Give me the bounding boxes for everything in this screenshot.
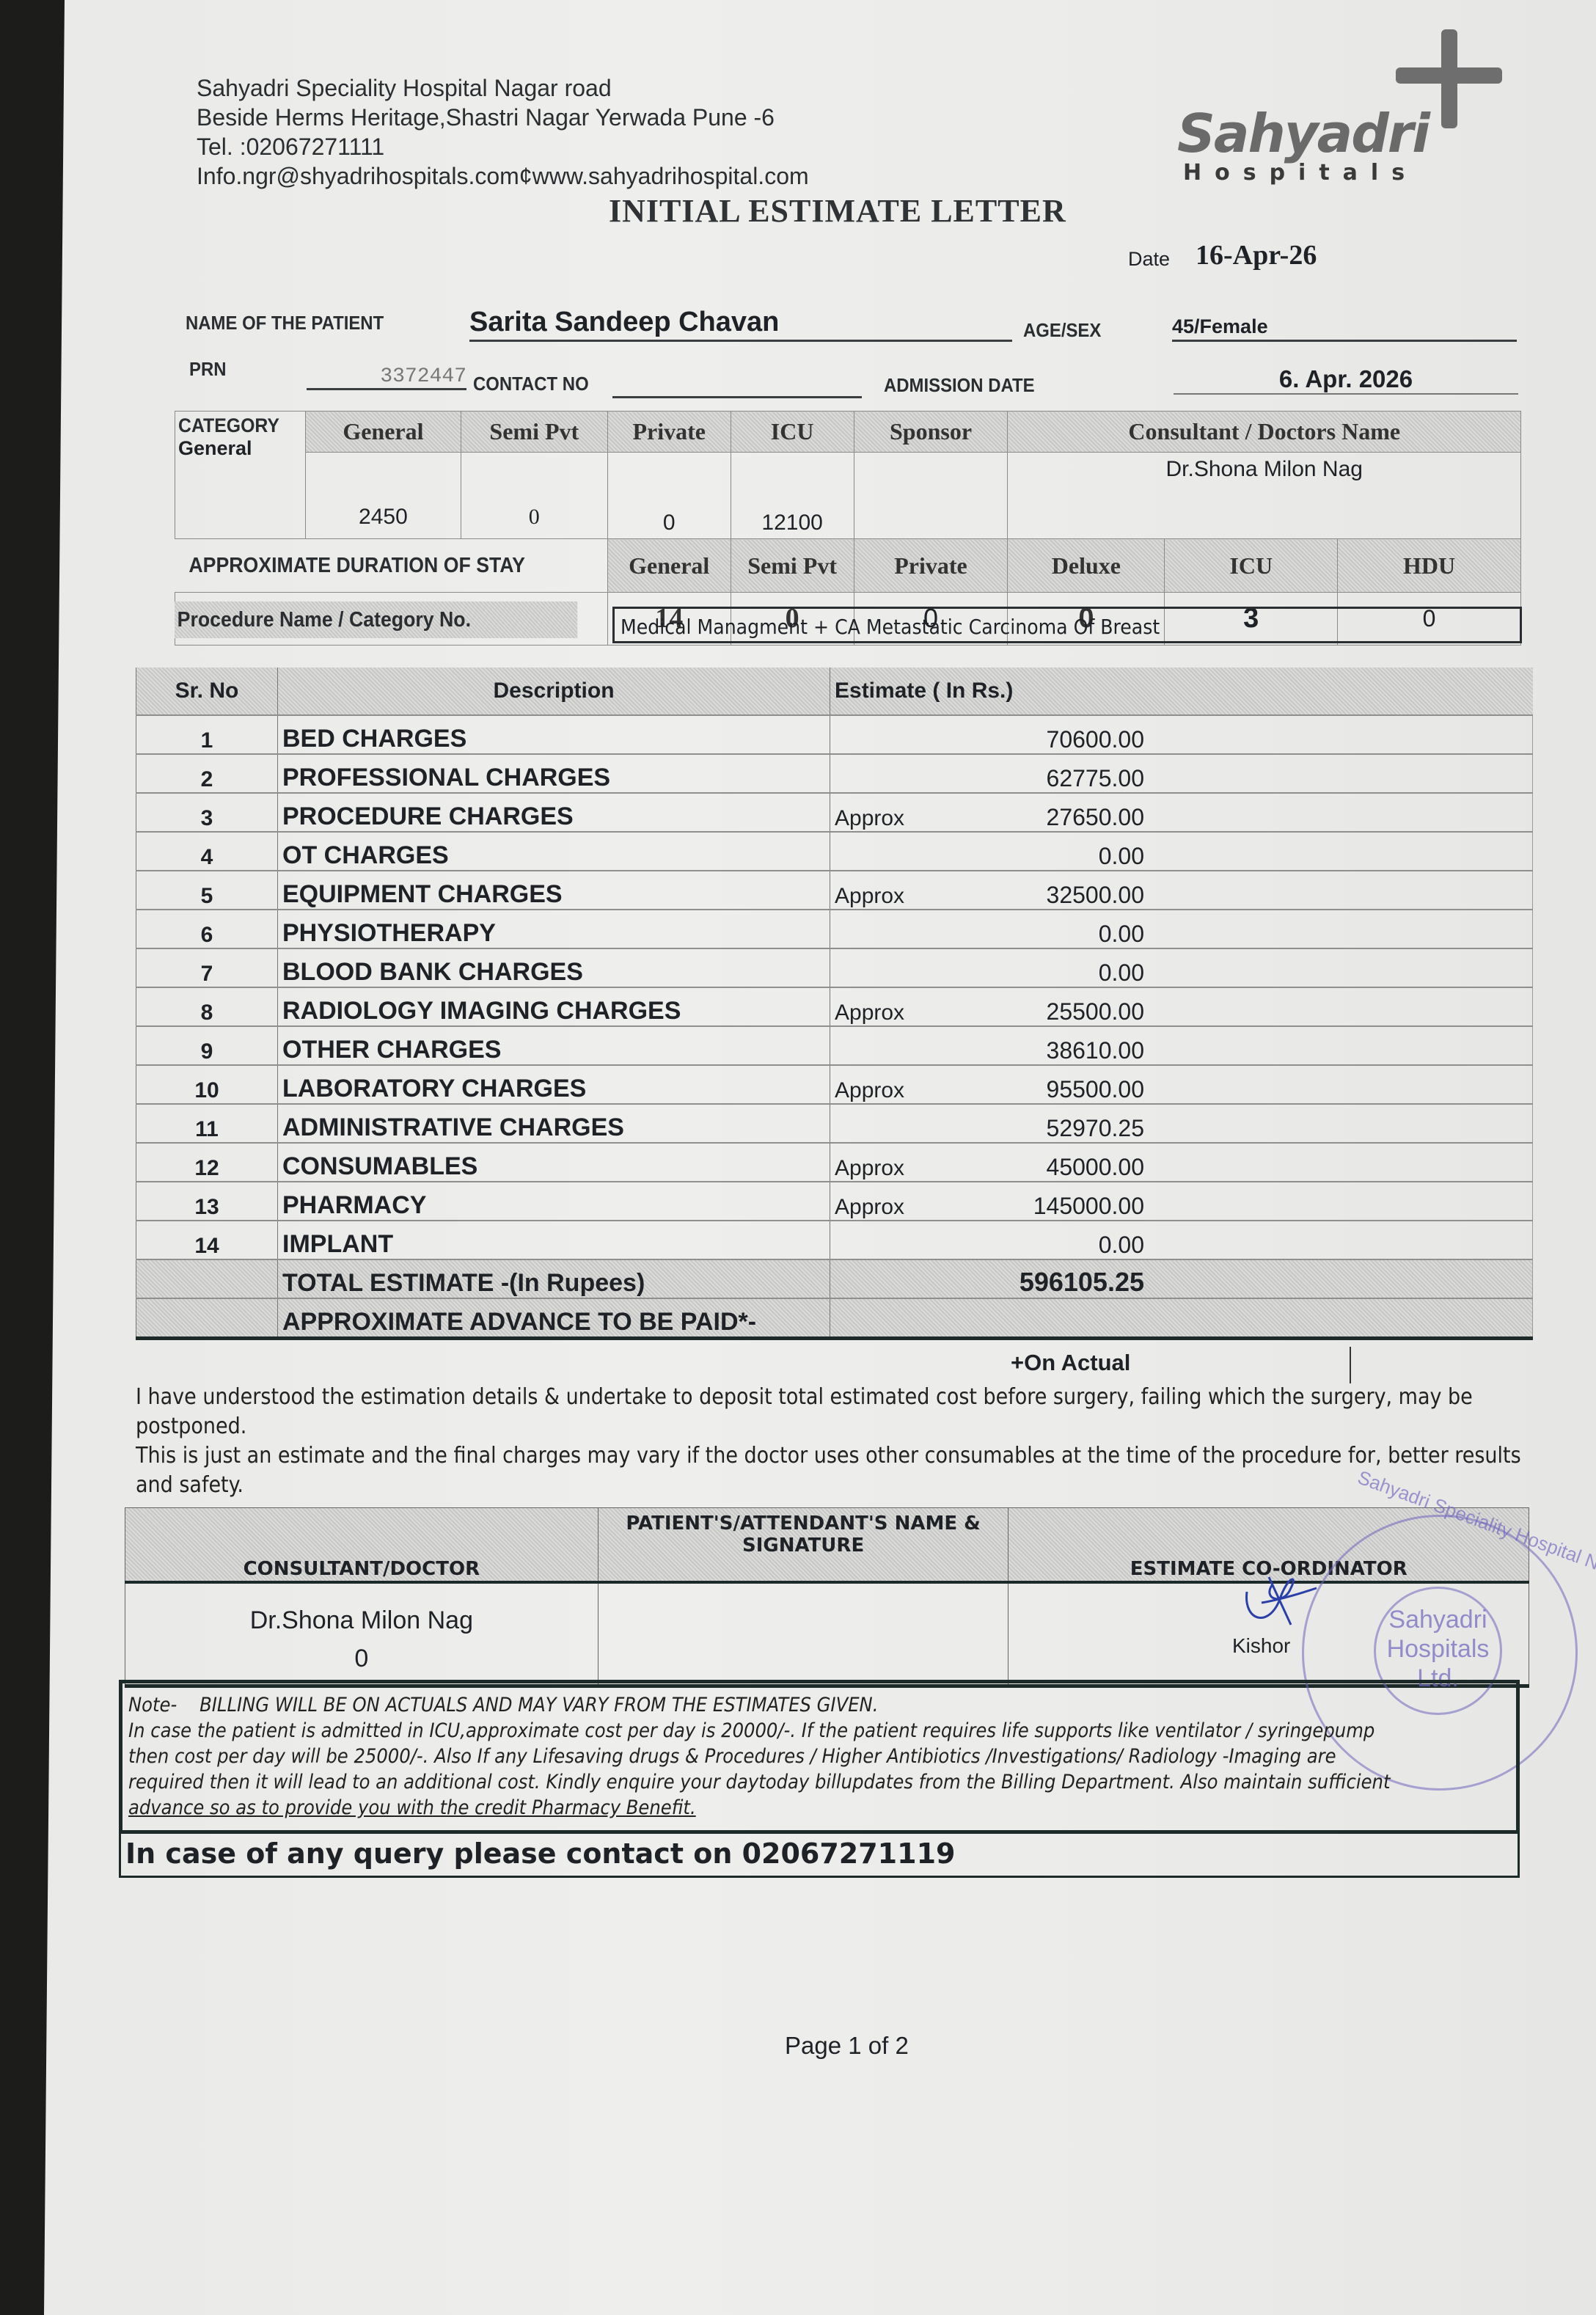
charge-amount: 32500.00	[971, 871, 1149, 910]
sr-no: 2	[136, 754, 278, 793]
estimate-header-row: Sr. No Description Estimate ( In Rs.)	[136, 668, 1533, 715]
note-line: advance so as to provide you with the cr…	[128, 1795, 1510, 1821]
age-sex-label: AGE/SEX	[1023, 319, 1101, 342]
estimate-row: 12CONSUMABLESApprox45000.00	[136, 1143, 1533, 1182]
cross-icon-bar	[1396, 67, 1502, 84]
charge-description: RADIOLOGY IMAGING CHARGES	[278, 987, 830, 1026]
rate-general: 2450	[305, 453, 461, 539]
charge-amount: 25500.00	[971, 987, 1149, 1026]
category-header: Semi Pvt	[461, 412, 607, 453]
approx-note: Approx	[830, 793, 972, 832]
sr-no: 7	[136, 948, 278, 987]
advance-label: APPROXIMATE ADVANCE TO BE PAID*-	[278, 1298, 830, 1339]
spacer	[1149, 948, 1533, 987]
total-row: TOTAL ESTIMATE -(In Rupees) 596105.25	[136, 1259, 1533, 1298]
age-sex-value: 45/Female	[1172, 315, 1517, 342]
sr-no: 4	[136, 832, 278, 871]
admission-date-value: 6. Apr. 2026	[1174, 365, 1518, 395]
note-line: Note- BILLING WILL BE ON ACTUALS AND MAY…	[128, 1692, 1510, 1718]
stay-header: Private	[854, 539, 1008, 592]
approx-note: Approx	[830, 871, 972, 910]
disclaimer-line: I have understood the estimation details…	[136, 1383, 1529, 1441]
charge-amount: 95500.00	[971, 1065, 1149, 1104]
spacer	[1149, 1104, 1533, 1143]
prn-value: 3372447	[307, 365, 466, 390]
category-header: Consultant / Doctors Name	[1008, 412, 1521, 453]
charge-description: BED CHARGES	[278, 715, 830, 754]
procedure-value: Medical Managment + CA Metastatic Carcin…	[612, 607, 1522, 643]
sr-no: 10	[136, 1065, 278, 1104]
patient-signature-field[interactable]	[598, 1582, 1009, 1686]
sr-no: 13	[136, 1182, 278, 1221]
stay-header: General	[607, 539, 731, 592]
billing-note: Note- BILLING WILL BE ON ACTUALS AND MAY…	[119, 1680, 1520, 1834]
approx-note	[830, 832, 972, 871]
col-estimate: Estimate ( In Rs.)	[830, 668, 1533, 715]
advance-value	[971, 1298, 1149, 1339]
estimate-row: 1BED CHARGES70600.00	[136, 715, 1533, 754]
rate-private: 0	[607, 453, 731, 539]
estimate-row: 14IMPLANT0.00	[136, 1221, 1533, 1259]
prn-label: PRN	[189, 358, 227, 381]
charge-amount: 27650.00	[971, 793, 1149, 832]
stay-label: APPROXIMATE DURATION OF STAY	[175, 539, 574, 592]
spacer	[1149, 1026, 1533, 1065]
charge-description: IMPLANT	[278, 1221, 830, 1259]
category-value: General	[178, 437, 302, 460]
category-cell: CATEGORY General	[175, 412, 306, 539]
advance-row: APPROXIMATE ADVANCE TO BE PAID*-	[136, 1298, 1533, 1339]
approx-note	[830, 910, 972, 948]
estimate-row: 5EQUIPMENT CHARGESApprox32500.00	[136, 871, 1533, 910]
note-line: required then it will lead to an additio…	[128, 1769, 1510, 1795]
category-header: Sponsor	[854, 412, 1008, 453]
charge-amount: 52970.25	[971, 1104, 1149, 1143]
approx-note	[830, 1104, 972, 1143]
page-number: Page 1 of 2	[785, 2032, 909, 2060]
spacer	[1149, 793, 1533, 832]
spacer	[1149, 715, 1533, 754]
estimate-row: 3PROCEDURE CHARGESApprox27650.00	[136, 793, 1533, 832]
admission-date-label: ADMISSION DATE	[884, 374, 1035, 397]
address-line: Sahyadri Speciality Hospital Nagar road	[197, 73, 809, 103]
charge-description: PROCEDURE CHARGES	[278, 793, 830, 832]
category-header: ICU	[731, 412, 854, 453]
approx-note	[830, 1026, 972, 1065]
sr-no: 3	[136, 793, 278, 832]
note-line: then cost per day will be 25000/-. Also …	[128, 1744, 1510, 1769]
charge-amount: 145000.00	[971, 1182, 1149, 1221]
approx-note: Approx	[830, 987, 972, 1026]
charge-description: OT CHARGES	[278, 832, 830, 871]
estimate-row: 4OT CHARGES0.00	[136, 832, 1533, 871]
spacer	[1149, 1182, 1533, 1221]
date-label: Date	[1128, 248, 1170, 271]
approx-note: Approx	[830, 1065, 972, 1104]
sr-no: 14	[136, 1221, 278, 1259]
hospital-logo: Sahyadri Hospitals	[1177, 29, 1500, 198]
sr-no: 11	[136, 1104, 278, 1143]
address-line: Info.ngr@shyadrihospitals.com¢www.sahyad…	[197, 161, 809, 191]
charge-amount: 38610.00	[971, 1026, 1149, 1065]
stay-header: Deluxe	[1008, 539, 1165, 592]
hospital-address: Sahyadri Speciality Hospital Nagar road …	[197, 73, 809, 191]
charge-description: EQUIPMENT CHARGES	[278, 871, 830, 910]
query-contact: In case of any query please contact on 0…	[119, 1832, 1520, 1878]
address-line: Tel. :02067271111	[197, 132, 809, 161]
estimate-row: 8RADIOLOGY IMAGING CHARGESApprox25500.00	[136, 987, 1533, 1026]
category-header: General	[305, 412, 461, 453]
estimate-row: 11ADMINISTRATIVE CHARGES52970.25	[136, 1104, 1533, 1143]
disclaimer-line: This is just an estimate and the final c…	[136, 1441, 1529, 1500]
stamp-line: Hospitals	[1376, 1634, 1500, 1664]
estimate-row: 13PHARMACYApprox145000.00	[136, 1182, 1533, 1221]
spacer	[1149, 1065, 1533, 1104]
consultant-signature-sub: 0	[126, 1639, 597, 1678]
rate-sponsor	[854, 453, 1008, 539]
rate-icu: 12100	[731, 453, 854, 539]
estimate-row: 6PHYSIOTHERAPY0.00	[136, 910, 1533, 948]
charge-amount: 0.00	[971, 910, 1149, 948]
spacer	[1149, 1221, 1533, 1259]
patient-signature-header: PATIENT'S/ATTENDANT'S NAME & SIGNATURE	[598, 1508, 1009, 1583]
charge-description: ADMINISTRATIVE CHARGES	[278, 1104, 830, 1143]
on-actual-note: +On Actual	[1011, 1350, 1130, 1376]
stay-header: ICU	[1165, 539, 1338, 592]
estimate-row: 10LABORATORY CHARGESApprox95500.00	[136, 1065, 1533, 1104]
charge-amount: 0.00	[971, 1221, 1149, 1259]
category-header: Private	[607, 412, 731, 453]
category-label: CATEGORY	[178, 414, 292, 437]
coordinator-name: Kishor	[1232, 1634, 1290, 1658]
divider	[1350, 1347, 1351, 1383]
date-value: 16-Apr-26	[1196, 239, 1317, 271]
charge-description: CONSUMABLES	[278, 1143, 830, 1182]
spacer	[1149, 754, 1533, 793]
approx-note	[830, 948, 972, 987]
page-title: INITIAL ESTIMATE LETTER	[609, 192, 1066, 230]
charge-amount: 45000.00	[971, 1143, 1149, 1182]
procedure-label: Procedure Name / Category No.	[175, 601, 577, 638]
approx-note: Approx	[830, 1143, 972, 1182]
estimate-row: 9OTHER CHARGES38610.00	[136, 1026, 1533, 1065]
charge-amount: 0.00	[971, 832, 1149, 871]
patient-name: Sarita Sandeep Chavan	[469, 307, 1012, 342]
consultant-signature-name: Dr.Shona Milon Nag	[126, 1601, 597, 1639]
estimate-row: 7BLOOD BANK CHARGES0.00	[136, 948, 1533, 987]
estimate-row: 2PROFESSIONAL CHARGES62775.00	[136, 754, 1533, 793]
approx-note	[830, 1221, 972, 1259]
sr-no: 6	[136, 910, 278, 948]
col-sr-no: Sr. No	[136, 668, 278, 715]
estimate-table: Sr. No Description Estimate ( In Rs.) 1B…	[136, 668, 1533, 1340]
spacer	[1149, 910, 1533, 948]
total-label: TOTAL ESTIMATE -(In Rupees)	[278, 1259, 830, 1298]
stay-header: HDU	[1338, 539, 1521, 592]
approx-note	[830, 715, 972, 754]
disclaimer: I have understood the estimation details…	[136, 1383, 1529, 1500]
note-line: In case the patient is admitted in ICU,a…	[128, 1718, 1510, 1744]
charge-description: PROFESSIONAL CHARGES	[278, 754, 830, 793]
logo-subtitle: Hospitals	[1183, 160, 1418, 186]
spacer	[1149, 987, 1533, 1026]
charge-description: PHYSIOTHERAPY	[278, 910, 830, 948]
approx-note: Approx	[830, 1182, 972, 1221]
sr-no: 9	[136, 1026, 278, 1065]
charge-amount: 70600.00	[971, 715, 1149, 754]
address-line: Beside Herms Heritage,Shastri Nagar Yerw…	[197, 103, 809, 132]
col-description: Description	[278, 668, 830, 715]
spacer	[1149, 1143, 1533, 1182]
charge-description: LABORATORY CHARGES	[278, 1065, 830, 1104]
contact-value	[612, 374, 862, 398]
sr-no: 8	[136, 987, 278, 1026]
consultant-signature-cell: Dr.Shona Milon Nag 0	[125, 1582, 598, 1686]
sr-no: 5	[136, 871, 278, 910]
approx-note	[830, 754, 972, 793]
contact-label: CONTACT NO	[473, 373, 589, 395]
patient-name-label: NAME OF THE PATIENT	[186, 312, 384, 334]
rate-semi-pvt: 0	[461, 453, 607, 539]
charge-description: BLOOD BANK CHARGES	[278, 948, 830, 987]
spacer	[1149, 832, 1533, 871]
logo-wordmark: Sahyadri	[1177, 103, 1429, 164]
consultant-header: CONSULTANT/DOCTOR	[125, 1508, 598, 1583]
charge-description: OTHER CHARGES	[278, 1026, 830, 1065]
sr-no: 1	[136, 715, 278, 754]
consultant-name: Dr.Shona Milon Nag	[1008, 453, 1521, 539]
total-value: 596105.25	[971, 1259, 1149, 1298]
stay-header: Semi Pvt	[731, 539, 854, 592]
sr-no: 12	[136, 1143, 278, 1182]
charge-description: PHARMACY	[278, 1182, 830, 1221]
stamp-line: Sahyadri	[1376, 1605, 1500, 1634]
charge-amount: 62775.00	[971, 754, 1149, 793]
spacer	[1149, 871, 1533, 910]
charge-amount: 0.00	[971, 948, 1149, 987]
